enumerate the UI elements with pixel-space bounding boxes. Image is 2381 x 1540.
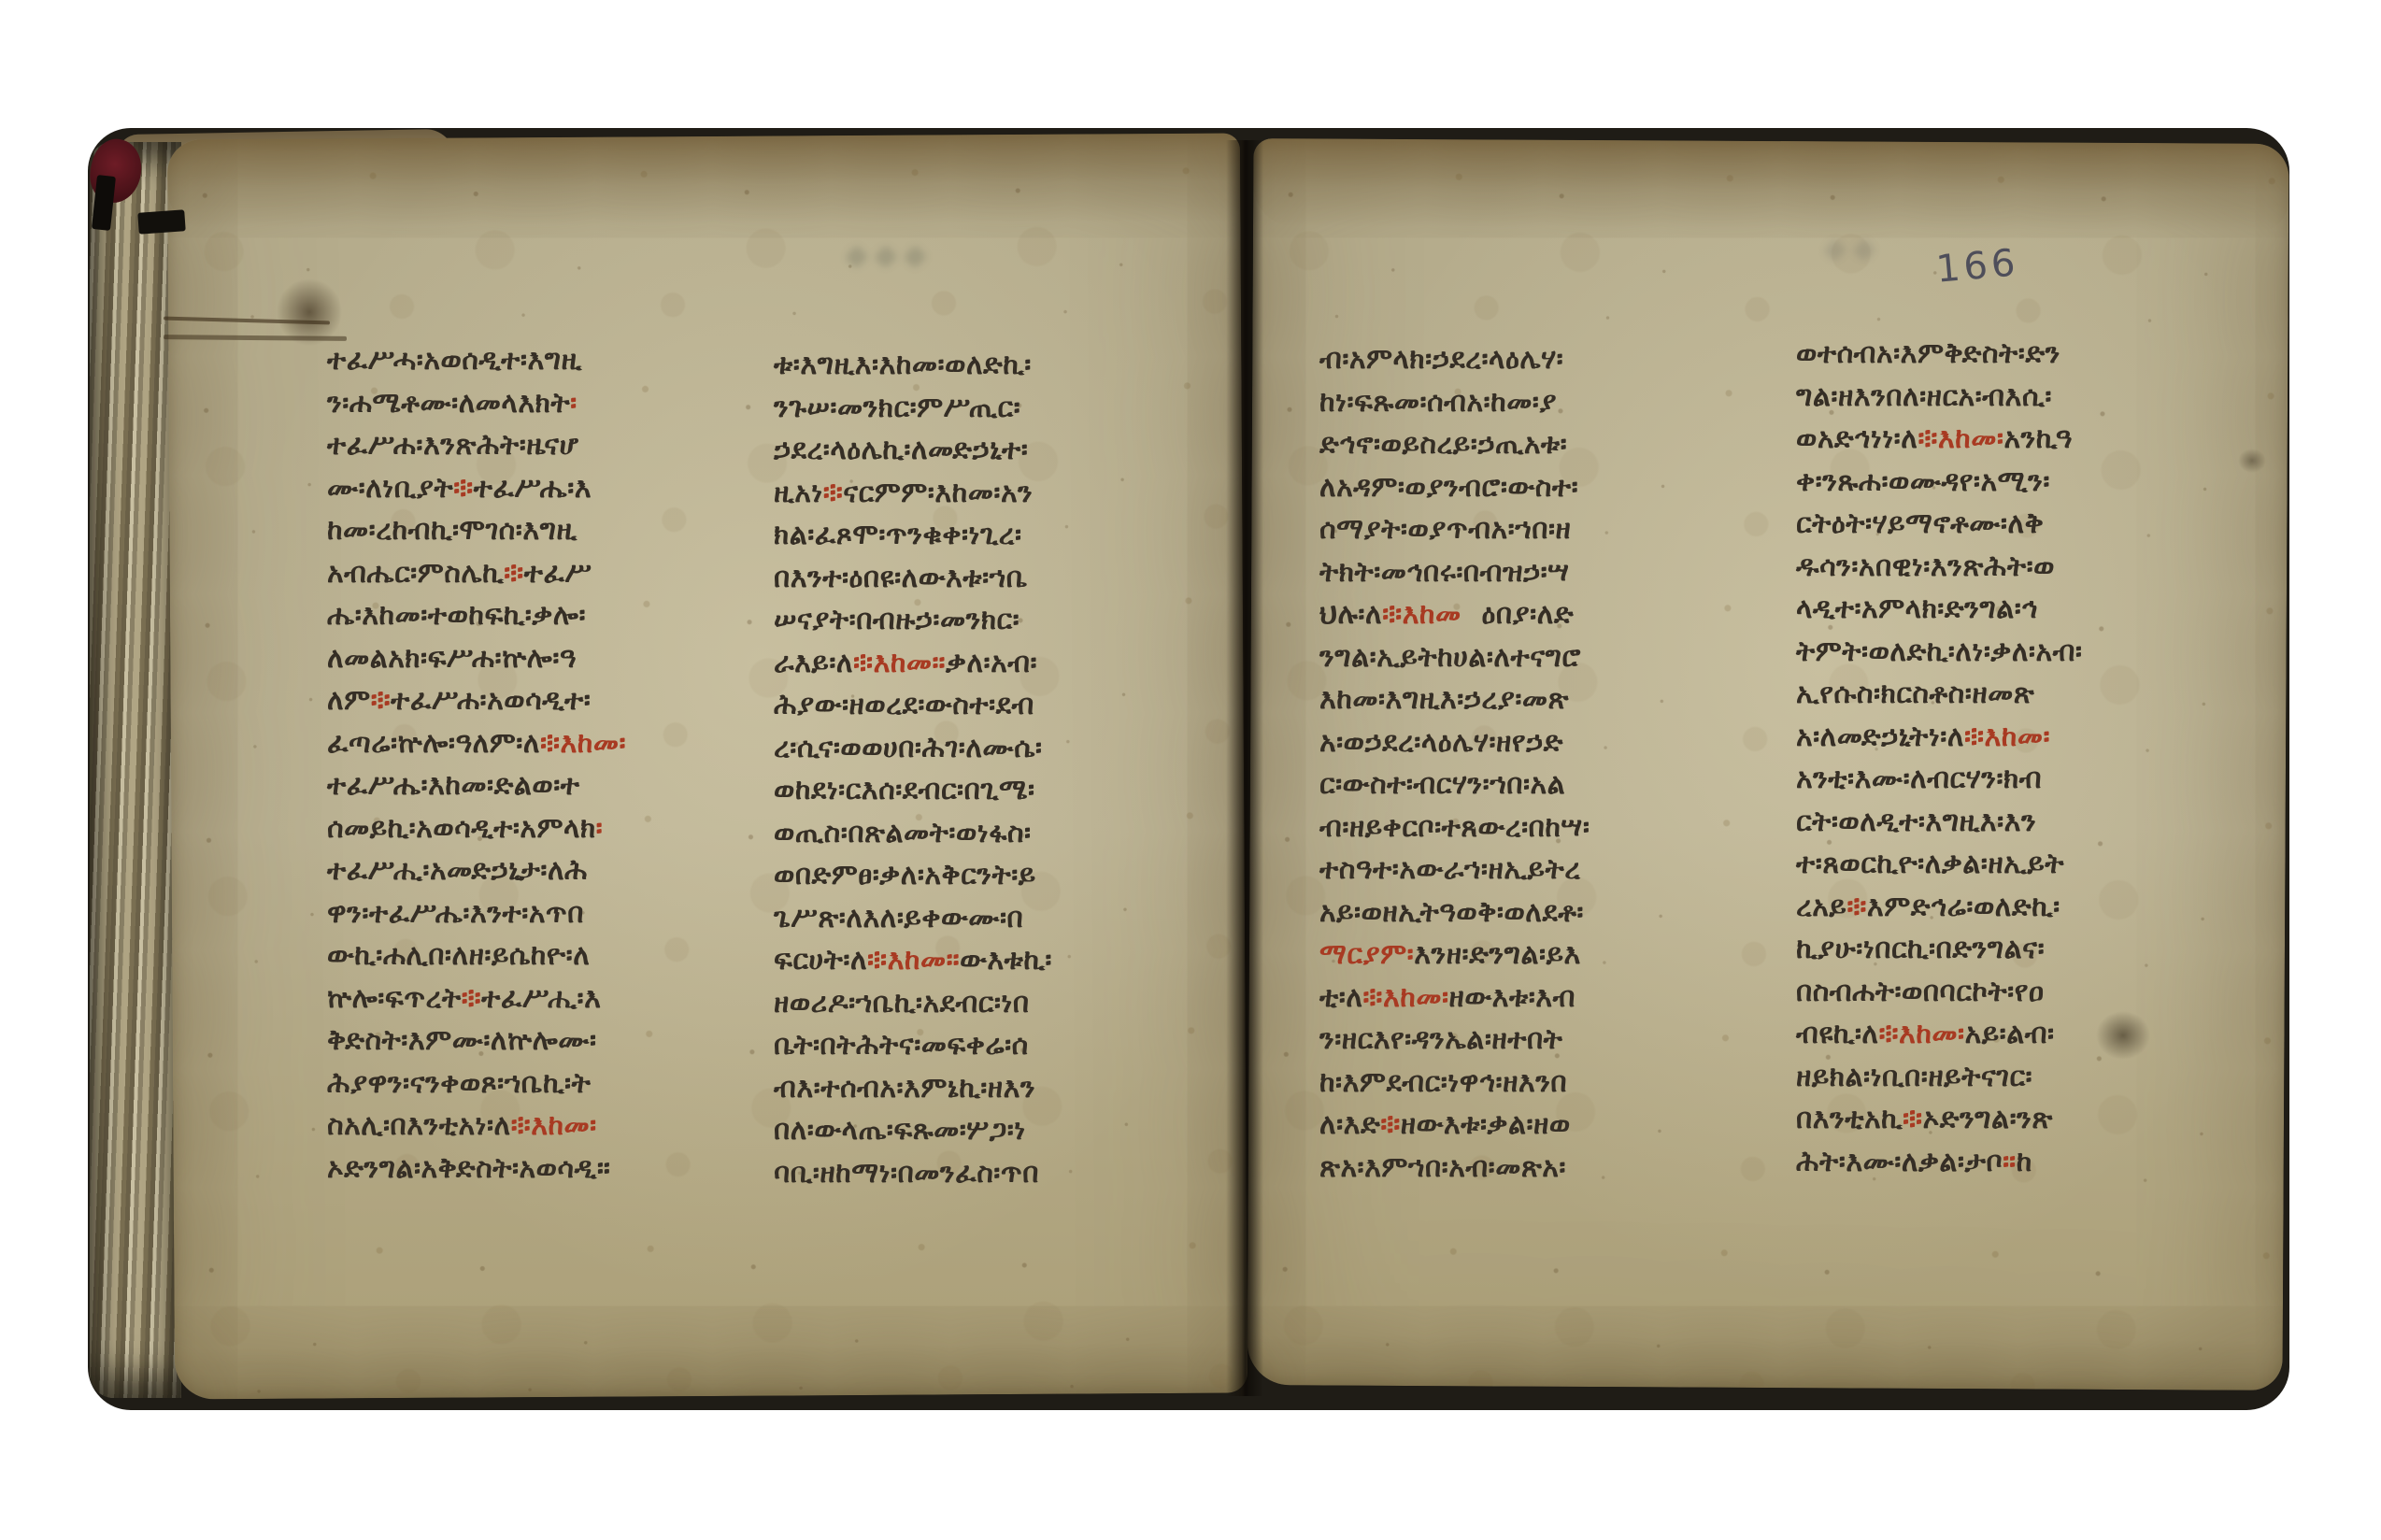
body-text: ዘውእቱ፡እብ bbox=[1449, 981, 1575, 1014]
body-text: በእንቲአኪ bbox=[1796, 1103, 1903, 1135]
text-column-left-2: ቱ፡እግዚእ፡እከመ፡ወለድኪ፡ንጉሠ፡መንክር፡ምሥጢር፡ኃደረ፡ላዕሌኪ፡ለ… bbox=[774, 349, 1228, 1199]
text-line: ቀ፡ንጹሐ፡ወሙዳየ፡አሚን፡ bbox=[1796, 465, 2265, 508]
rubricated-text: ፨ bbox=[1382, 598, 1403, 631]
body-text: ተፈሥ bbox=[524, 557, 592, 590]
manuscript-photo: ፠፠፠ ፠፠ 166 ተፈሥሓ፡አወሰዲተ፡እግዚን፡ሐሜቶሙ፡ለመላእክት፡ተ… bbox=[0, 0, 2381, 1540]
body-text: ጌሥጽ፡ለእለ፡ይቀውሙ፡በ bbox=[774, 902, 1023, 934]
body-text: ዋን፡ተፈሥሔ፡እንተ፡አጥበ bbox=[327, 897, 584, 930]
body-text: ወተሰብአ፡እምቅድስት፡ድን bbox=[1796, 337, 2060, 370]
body-text: ኦድንግል፡አቅድስት፡አወሳዲ። bbox=[327, 1152, 610, 1185]
body-text: ዘውእቱ፡ቃል፡ዘወ bbox=[1401, 1108, 1571, 1141]
body-text: ሕት፡እሙ፡ለቃል፡ታቦ bbox=[1796, 1146, 2003, 1178]
body-text: ወከደነ፡ርእሰ፡ደብር፡በጊሜ፡ bbox=[774, 774, 1035, 806]
body-text: ዚአነ bbox=[774, 477, 823, 509]
rubricated-text: ፨ bbox=[504, 557, 524, 590]
text-line: ኵሎ፡ፍጥረት፨ተፈሥሒ፡እ bbox=[327, 982, 757, 1025]
text-line: ርትዕት፡ሃይማኖቶሙ፡ለቅ bbox=[1796, 507, 2265, 550]
text-line: ዘይክል፡ነቢበ፡ዘይትናገር፡ bbox=[1796, 1061, 2265, 1104]
body-text: ርት፡ወለዲተ፡እግዚእ፡እን bbox=[1796, 806, 2036, 838]
text-line: አይ፡ወዘኢትዓወቅ፡ወለደቶ፡ bbox=[1319, 896, 1779, 939]
body-text: ተ፡ጸወርኪዮ፡ለቃል፡ዘኢይት bbox=[1796, 848, 2064, 880]
text-line: በለ፡ውላጤ፡ፍጹመ፡ሦጋ፡ነ bbox=[774, 1114, 1228, 1157]
text-line: ንጉሠ፡መንክር፡ምሥጢር፡ bbox=[774, 392, 1228, 435]
body-text: ተፈሥሓ፡አወሰዲተ፡እግዚ bbox=[327, 344, 582, 377]
body-text: ናርምም፡እከመ፡አን bbox=[843, 477, 1033, 509]
text-line: ከመ፡ረከብኪ፡ሞገሰ፡እግዚ bbox=[327, 514, 757, 557]
body-text: ትክት፡መኅበሩ፡በብዝኃ፡ሣ bbox=[1319, 556, 1570, 589]
body-text: ላዲተ፡አምላክ፡ድንግል፡ኅ bbox=[1796, 592, 2038, 625]
body-text: ተፈሥሔ፡እ bbox=[474, 472, 592, 505]
text-line: ግል፡ዘእንበለ፡ዘርአ፡ብእሲ፡ bbox=[1796, 380, 2265, 423]
book-gutter-shadow bbox=[1226, 140, 1263, 1396]
rubricated-text: ። bbox=[2003, 1146, 2017, 1178]
body-text: ድኅኖ፡ወይስረይ፡ኃጢአቱ፡ bbox=[1319, 428, 1567, 461]
body-text: ረአይ bbox=[1796, 891, 1846, 923]
body-text: በስብሐት፡ወበባርኮት፡የዐ bbox=[1796, 976, 2045, 1008]
rubricated-text: ፨ bbox=[867, 944, 888, 977]
body-text: እንዘ፡ድንግል፡ይእ bbox=[1414, 938, 1581, 971]
body-text: እምድኅሬ፡ወለድኪ፡ bbox=[1867, 891, 2060, 923]
text-line: ብዩኪ፡ለ፨እከመ፡አይ፡ልብ፡ bbox=[1796, 1018, 2265, 1061]
body-text: ኢየሱስ፡ክርስቶስ፡ዘመጽ bbox=[1796, 677, 2034, 710]
body-text: ተፈሥሔ፡እከመ፡ድልወ፡ተ bbox=[327, 769, 580, 802]
text-line: ጽአ፡እምኀበ፡አብ፡መጽአ፡ bbox=[1319, 1151, 1779, 1194]
text-line: ትክት፡መኅበሩ፡በብዝኃ፡ሣ bbox=[1319, 556, 1779, 599]
body-text: ፈጣሬ፡ኵሎ፡ዓለም፡ለ bbox=[327, 727, 540, 760]
text-line: ሰመይኪ፡አወሳዲተ፡አምላክ፡ bbox=[327, 812, 757, 855]
body-text: ሕያው፡ዘወረደ፡ውስተ፡ደብ bbox=[774, 689, 1034, 721]
text-line: በእንቲአኪ፨ኦድንግል፡ንጽ bbox=[1796, 1103, 2265, 1146]
text-line: እከመ፡እግዚእ፡ኃረያ፡መጽ bbox=[1319, 683, 1779, 726]
rubricated-text: እከመ፡ bbox=[531, 1109, 597, 1142]
text-line: ዱሳን፡አበዊነ፡እንጽሕት፡ወ bbox=[1796, 550, 2265, 593]
rubricated-text: ፨ bbox=[1380, 1108, 1401, 1141]
text-line: ኦድንግል፡አቅድስት፡አወሳዲ። bbox=[327, 1152, 757, 1195]
rubricated-text: ፨ bbox=[511, 1109, 532, 1142]
text-line: ንግል፡ኢይትከሀል፡ለተናግሮ bbox=[1319, 641, 1779, 684]
text-line: ዘወሪዶ፡ኀቤኪ፡አደብር፡ነበ bbox=[774, 987, 1228, 1030]
ghost-text-bleedthrough: ፠፠፠ bbox=[846, 238, 1182, 276]
body-text: ወጢስ፡በጽልመት፡ወነፋስ፡ bbox=[774, 817, 1032, 849]
body-text: ተፈሥሐ፡እንጽሕት፡ዜናሆ bbox=[327, 429, 579, 462]
text-line: ር፡ውስተ፡ብርሃን፡ኀበ፡አል bbox=[1319, 768, 1779, 811]
body-text: ክል፡ፈጾሞ፡ጥንቁቀ፡ነጊረ፡ bbox=[774, 519, 1022, 551]
text-line: ፈጣሬ፡ኵሎ፡ዓለም፡ለ፨እከመ፡ bbox=[327, 727, 757, 770]
text-line: ተፈሥሒ፡አመድኃኒታ፡ለሕ bbox=[327, 854, 757, 897]
rubricated-text: እከመ። bbox=[874, 647, 946, 679]
text-line: ሠናያት፡በብዙኃ፡መንክር፡ bbox=[774, 604, 1228, 647]
body-text: ግል፡ዘእንበለ፡ዘርአ፡ብእሲ፡ bbox=[1796, 380, 2052, 413]
text-line: ብ፡ዘይቀርቦ፡ተጸውረ፡በከሣ፡ bbox=[1319, 811, 1779, 854]
rubricated-text: ማርያም፡ bbox=[1319, 938, 1414, 971]
body-text: ቤት፡በትሕትና፡መፍቀሬ፡ሰ bbox=[774, 1029, 1029, 1062]
text-line: ስአሊ፡በእንቲአነ፡ለ፨እከመ፡ bbox=[327, 1109, 757, 1152]
text-line: ሕት፡እሙ፡ለቃል፡ታቦ።ከ bbox=[1796, 1146, 2265, 1189]
body-text: ስአሊ፡በእንቲአነ፡ለ bbox=[327, 1109, 511, 1142]
text-line: ቱ፡እግዚእ፡እከመ፡ወለድኪ፡ bbox=[774, 349, 1228, 392]
text-line: ሰማያት፡ወያጥብአ፡ኀበ፡ዘ bbox=[1319, 513, 1779, 556]
rubricated-text: ፨ bbox=[1362, 981, 1383, 1014]
text-line: ተፈሥሐ፡እንጽሕት፡ዜናሆ bbox=[327, 429, 757, 472]
dark-ink-mark bbox=[137, 209, 185, 234]
text-line: ትምት፡ወለድኪ፡ለነ፡ቃለ፡አብ፡ bbox=[1796, 635, 2265, 678]
text-line: አንቲ፡እሙ፡ለብርሃን፡ክብ bbox=[1796, 763, 2265, 806]
body-text: ብዩኪ፡ለ bbox=[1796, 1018, 1878, 1050]
body-text: በእንተ፡ዕበዩ፡ለውእቱ፡ኀቤ bbox=[774, 562, 1028, 594]
body-text: ር፡ውስተ፡ብርሃን፡ኀበ፡አል bbox=[1319, 768, 1565, 801]
body-text: ራእይ፡ለ bbox=[774, 647, 853, 679]
text-line: ዋን፡ተፈሥሔ፡እንተ፡አጥበ bbox=[327, 897, 757, 940]
body-text: ለመልአክ፡ፍሥሐ፡ኵሎ፡ዓ bbox=[327, 642, 577, 675]
body-text: ኵሎ፡ፍጥረት bbox=[327, 982, 462, 1015]
body-text: ንጉሠ፡መንክር፡ምሥጢር፡ bbox=[774, 392, 1020, 424]
text-line: ሕያው፡ዘወረደ፡ውስተ፡ደብ bbox=[774, 689, 1228, 732]
text-line: አብሔር፡ምስሌኪ፨ተፈሥ bbox=[327, 557, 757, 600]
rubricated-text: ፨ bbox=[1964, 720, 1985, 753]
body-text: ከ bbox=[2017, 1146, 2032, 1178]
rubricated-text: ፨ bbox=[1918, 422, 1938, 455]
body-text: ሕያዋን፡ናንቀወጾ፡ኀቤኪ፡ት bbox=[327, 1067, 591, 1100]
text-line: ከነ፡ፍጹመ፡ሰብአ፡ከመ፡ያ bbox=[1319, 386, 1779, 429]
body-text: ትምት፡ወለድኪ፡ለነ፡ቃለ፡አብ፡ bbox=[1796, 635, 2082, 668]
text-line: ባቢ፡ዘከማነ፡በመንፈስ፡ጥበ bbox=[774, 1157, 1228, 1200]
body-text: ን፡ዘርእየ፡ዳንኤል፡ዘተበት bbox=[1319, 1023, 1562, 1056]
text-line: ዚአነ፨ናርምም፡እከመ፡አን bbox=[774, 477, 1228, 520]
body-text: አይ፡ወዘኢትዓወቅ፡ወለደቶ፡ bbox=[1319, 896, 1584, 929]
rubricated-text: እከመ፡ bbox=[1899, 1018, 1965, 1050]
text-line: ጌሥጽ፡ለእለ፡ይቀውሙ፡በ bbox=[774, 902, 1228, 945]
body-text: ፍርሀት፡ለ bbox=[774, 944, 867, 977]
text-line: ከ፡እምደብር፡ነዋኅ፡ዘእንበ bbox=[1319, 1066, 1779, 1109]
text-column-left-1: ተፈሥሓ፡አወሰዲተ፡እግዚን፡ሐሜቶሙ፡ለመላእክት፡ተፈሥሐ፡እንጽሕት፡ዜ… bbox=[327, 344, 757, 1194]
rubricated-text: ፨ bbox=[823, 477, 844, 509]
body-text: ርትዕት፡ሃይማኖቶሙ፡ለቅ bbox=[1796, 507, 2044, 540]
body-text: ተፈሥሒ፡አመድኃኒታ፡ለሕ bbox=[327, 854, 588, 887]
rubricated-text: ፨ bbox=[1846, 891, 1867, 923]
body-text: ኪያሁ፡ነበርኪ፡በድንግልና፡ bbox=[1796, 933, 2045, 965]
text-line: ላዲተ፡አምላክ፡ድንግል፡ኅ bbox=[1796, 592, 2265, 635]
text-line: ተፈሥሓ፡አወሰዲተ፡እግዚ bbox=[327, 344, 757, 387]
body-text: ተስዓተ፡አውራኀ፡ዘኢይትረ bbox=[1319, 853, 1581, 886]
body-text: ወአድኅነነ፡ለ bbox=[1796, 422, 1918, 455]
body-text: እከመ፡እግዚእ፡ኃረያ፡መጽ bbox=[1319, 683, 1569, 716]
body-text: ኃደረ፡ላዕሌኪ፡ለመድኃኒተ፡ bbox=[774, 434, 1028, 466]
rubricated-text: ፨ bbox=[462, 982, 482, 1015]
text-line: ን፡ሐሜቶሙ፡ለመላእክት፡ bbox=[327, 387, 757, 430]
body-text: ዕበያ፡ለድ bbox=[1461, 598, 1574, 631]
body-text: አንኪዓ bbox=[2003, 422, 2073, 455]
text-line: ኪያሁ፡ነበርኪ፡በድንግልና፡ bbox=[1796, 933, 2265, 976]
text-line: ውኪ፡ሐሊበ፡ለዘ፡ይሴከዮ፡ለ bbox=[327, 939, 757, 982]
body-text: ለ፡እድ bbox=[1319, 1108, 1380, 1141]
body-text: ከ፡እምደብር፡ነዋኅ፡ዘእንበ bbox=[1319, 1066, 1567, 1099]
body-text: ሰመይኪ፡አወሳዲተ፡አምላክ bbox=[327, 812, 596, 845]
body-text: ቃለ፡አብ፡ bbox=[946, 647, 1037, 679]
text-line: ወከደነ፡ርእሰ፡ደብር፡በጊሜ፡ bbox=[774, 774, 1228, 817]
body-text: ኦድንግል፡ንጽ bbox=[1923, 1103, 2053, 1135]
text-line: ክል፡ፈጾሞ፡ጥንቁቀ፡ነጊረ፡ bbox=[774, 519, 1228, 562]
text-line: ለ፡እድ፨ዘውእቱ፡ቃል፡ዘወ bbox=[1319, 1108, 1779, 1151]
rubricated-text: ፨ bbox=[540, 727, 561, 760]
text-line: ቲ፡ለ፨እከመ፡ዘውእቱ፡እብ bbox=[1319, 981, 1779, 1024]
body-text: ቀ፡ንጹሐ፡ወሙዳየ፡አሚን፡ bbox=[1796, 465, 2050, 498]
text-line: ብ፡አምላክ፡ኃደረ፡ላዕሌሃ፡ bbox=[1319, 343, 1779, 386]
body-text: በለ፡ውላጤ፡ፍጹመ፡ሦጋ፡ነ bbox=[774, 1114, 1026, 1147]
body-text: ዱሳን፡አበዊነ፡እንጽሕት፡ወ bbox=[1796, 550, 2055, 583]
body-text: ተፈሥሐ፡አወሳዲተ፡ bbox=[391, 684, 591, 717]
body-text: ሰማያት፡ወያጥብአ፡ኀበ፡ዘ bbox=[1319, 513, 1571, 546]
rubricated-text: እከመ፡ bbox=[1985, 720, 2051, 753]
rubricated-text: ፨ bbox=[453, 472, 474, 505]
body-text: አ፡ለመድኃኒትነ፡ለ bbox=[1796, 720, 1964, 753]
rubricated-text: ፨ bbox=[371, 684, 392, 717]
text-line: ሕያዋን፡ናንቀወጾ፡ኀቤኪ፡ት bbox=[327, 1067, 757, 1110]
body-text: ረ፡ሲና፡ወወሀበ፡ሕገ፡ለሙሴ፡ bbox=[774, 732, 1042, 764]
text-line: ን፡ዘርእየ፡ዳንኤል፡ዘተበት bbox=[1319, 1023, 1779, 1066]
body-text: ብ፡አምላክ፡ኃደረ፡ላዕሌሃ፡ bbox=[1319, 343, 1563, 376]
text-line: ለም፨ተፈሥሐ፡አወሳዲተ፡ bbox=[327, 684, 757, 727]
text-line: ርት፡ወለዲተ፡እግዚእ፡እን bbox=[1796, 806, 2265, 848]
text-line: ለአዳም፡ወያንብሮ፡ውስተ፡ bbox=[1319, 471, 1779, 514]
body-text: ቱ፡እግዚእ፡እከመ፡ወለድኪ፡ bbox=[774, 349, 1032, 381]
rubricated-text: ፨ bbox=[1878, 1018, 1899, 1050]
text-line: ቅድስት፡እምሙ፡ለኵሎሙ፡ bbox=[327, 1024, 757, 1067]
rubricated-text: እከመ bbox=[1403, 598, 1461, 631]
rubricated-text: ፨ bbox=[853, 647, 874, 679]
body-text: አብሔር፡ምስሌኪ bbox=[327, 557, 504, 590]
body-text: ሠናያት፡በብዙኃ፡መንክር፡ bbox=[774, 604, 1019, 636]
text-line: አ፡ለመድኃኒትነ፡ለ፨እከመ፡ bbox=[1796, 720, 2265, 763]
text-line: ድኅኖ፡ወይስረይ፡ኃጢአቱ፡ bbox=[1319, 428, 1779, 471]
text-line: ረአይ፨እምድኅሬ፡ወለድኪ፡ bbox=[1796, 891, 2265, 934]
body-text: ውእቱኪ፡ bbox=[960, 944, 1052, 977]
rubricated-text: ፡ bbox=[570, 387, 577, 420]
rubricated-text: እከመ፡ bbox=[561, 727, 627, 760]
text-line: በስብሐት፡ወበባርኮት፡የዐ bbox=[1796, 976, 2265, 1019]
body-text: አ፡ወኃደረ፡ላዕሌሃ፡ዘየኃድ bbox=[1319, 726, 1563, 759]
text-line: ማርያም፡እንዘ፡ድንግል፡ይእ bbox=[1319, 938, 1779, 981]
text-line: ወበድምፀ፡ቃለ፡አቅርንት፡ይ bbox=[774, 859, 1228, 902]
body-text: ህሉ፡ለ bbox=[1319, 598, 1382, 631]
text-line: ሔ፡እከመ፡ተወከፍኪ፡ቃሎ፡ bbox=[327, 599, 757, 642]
rubricated-text: ፨ bbox=[1903, 1103, 1923, 1135]
rubricated-text: እከመ። bbox=[888, 944, 960, 977]
folio-number: 166 bbox=[1934, 241, 2020, 292]
body-text: ውኪ፡ሐሊበ፡ለዘ፡ይሴከዮ፡ለ bbox=[327, 939, 590, 972]
body-text: ለአዳም፡ወያንብሮ፡ውስተ፡ bbox=[1319, 471, 1578, 504]
body-text: ን፡ሐሜቶሙ፡ለመላእክት bbox=[327, 387, 570, 420]
text-line: አ፡ወኃደረ፡ላዕሌሃ፡ዘየኃድ bbox=[1319, 726, 1779, 769]
body-text: ሙ፡ለነቢያት bbox=[327, 472, 453, 505]
text-line: ሙ፡ለነቢያት፨ተፈሥሔ፡እ bbox=[327, 472, 757, 515]
text-line: ኢየሱስ፡ክርስቶስ፡ዘመጽ bbox=[1796, 677, 2265, 720]
body-text: ተፈሥሒ፡እ bbox=[481, 982, 601, 1015]
body-text: ዘወሪዶ፡ኀቤኪ፡አደብር፡ነበ bbox=[774, 987, 1030, 1020]
body-text: ወበድምፀ፡ቃለ፡አቅርንት፡ይ bbox=[774, 859, 1036, 891]
text-line: በእንተ፡ዕበዩ፡ለውእቱ፡ኀቤ bbox=[774, 562, 1228, 605]
body-text: ንግል፡ኢይትከሀል፡ለተናግሮ bbox=[1319, 641, 1581, 674]
body-text: ብእ፡ተሰብአ፡እምኔኪ፡ዘእን bbox=[774, 1072, 1035, 1105]
text-line: ራእይ፡ለ፨እከመ።ቃለ፡አብ፡ bbox=[774, 647, 1228, 690]
text-line: ወአድኅነነ፡ለ፨እከመ፡አንኪዓ bbox=[1796, 422, 2265, 465]
body-text: አንቲ፡እሙ፡ለብርሃን፡ክብ bbox=[1796, 763, 2042, 795]
text-line: ለመልአክ፡ፍሥሐ፡ኵሎ፡ዓ bbox=[327, 642, 757, 685]
rubricated-text: እከመ፡ bbox=[1383, 981, 1449, 1014]
text-line: ተስዓተ፡አውራኀ፡ዘኢይትረ bbox=[1319, 853, 1779, 896]
body-text: ከመ፡ረከብኪ፡ሞገሰ፡እግዚ bbox=[327, 514, 577, 547]
text-line: ወጢስ፡በጽልመት፡ወነፋስ፡ bbox=[774, 817, 1228, 860]
text-line: ቤት፡በትሕትና፡መፍቀሬ፡ሰ bbox=[774, 1029, 1228, 1072]
body-text: ሔ፡እከመ፡ተወከፍኪ፡ቃሎ፡ bbox=[327, 599, 586, 632]
text-column-right-2: ወተሰብአ፡እምቅድስት፡ድንግል፡ዘእንበለ፡ዘርአ፡ብእሲ፡ወአድኅነነ፡ለ… bbox=[1796, 337, 2265, 1188]
body-text: አይ፡ልብ፡ bbox=[1965, 1018, 2055, 1050]
text-line: ረ፡ሲና፡ወወሀበ፡ሕገ፡ለሙሴ፡ bbox=[774, 732, 1228, 775]
text-column-right-1: ብ፡አምላክ፡ኃደረ፡ላዕሌሃ፡ከነ፡ፍጹመ፡ሰብአ፡ከመ፡ያድኅኖ፡ወይስረይ… bbox=[1319, 343, 1779, 1193]
body-text: ለም bbox=[327, 684, 371, 717]
text-line: ብእ፡ተሰብአ፡እምኔኪ፡ዘእን bbox=[774, 1072, 1228, 1115]
text-line: ተፈሥሔ፡እከመ፡ድልወ፡ተ bbox=[327, 769, 757, 812]
text-line: ወተሰብአ፡እምቅድስት፡ድን bbox=[1796, 337, 2265, 380]
rubricated-text: ፡ bbox=[596, 812, 604, 845]
body-text: ከነ፡ፍጹመ፡ሰብአ፡ከመ፡ያ bbox=[1319, 386, 1557, 419]
body-text: ጽአ፡እምኀበ፡አብ፡መጽአ፡ bbox=[1319, 1151, 1566, 1184]
text-line: ህሉ፡ለ፨እከመ ዕበያ፡ለድ bbox=[1319, 598, 1779, 641]
text-line: ተ፡ጸወርኪዮ፡ለቃል፡ዘኢይት bbox=[1796, 848, 2265, 891]
text-line: ፍርሀት፡ለ፨እከመ።ውእቱኪ፡ bbox=[774, 944, 1228, 987]
body-text: ዘይክል፡ነቢበ፡ዘይትናገር፡ bbox=[1796, 1061, 2032, 1093]
rubricated-text: እከመ፡ bbox=[1938, 422, 2004, 455]
text-line: ኃደረ፡ላዕሌኪ፡ለመድኃኒተ፡ bbox=[774, 434, 1228, 477]
body-text: ብ፡ዘይቀርቦ፡ተጸውረ፡በከሣ፡ bbox=[1319, 811, 1590, 844]
body-text: ባቢ፡ዘከማነ፡በመንፈስ፡ጥበ bbox=[774, 1157, 1039, 1190]
body-text: ቅድስት፡እምሙ፡ለኵሎሙ፡ bbox=[327, 1024, 597, 1057]
body-text: ቲ፡ለ bbox=[1319, 981, 1362, 1014]
